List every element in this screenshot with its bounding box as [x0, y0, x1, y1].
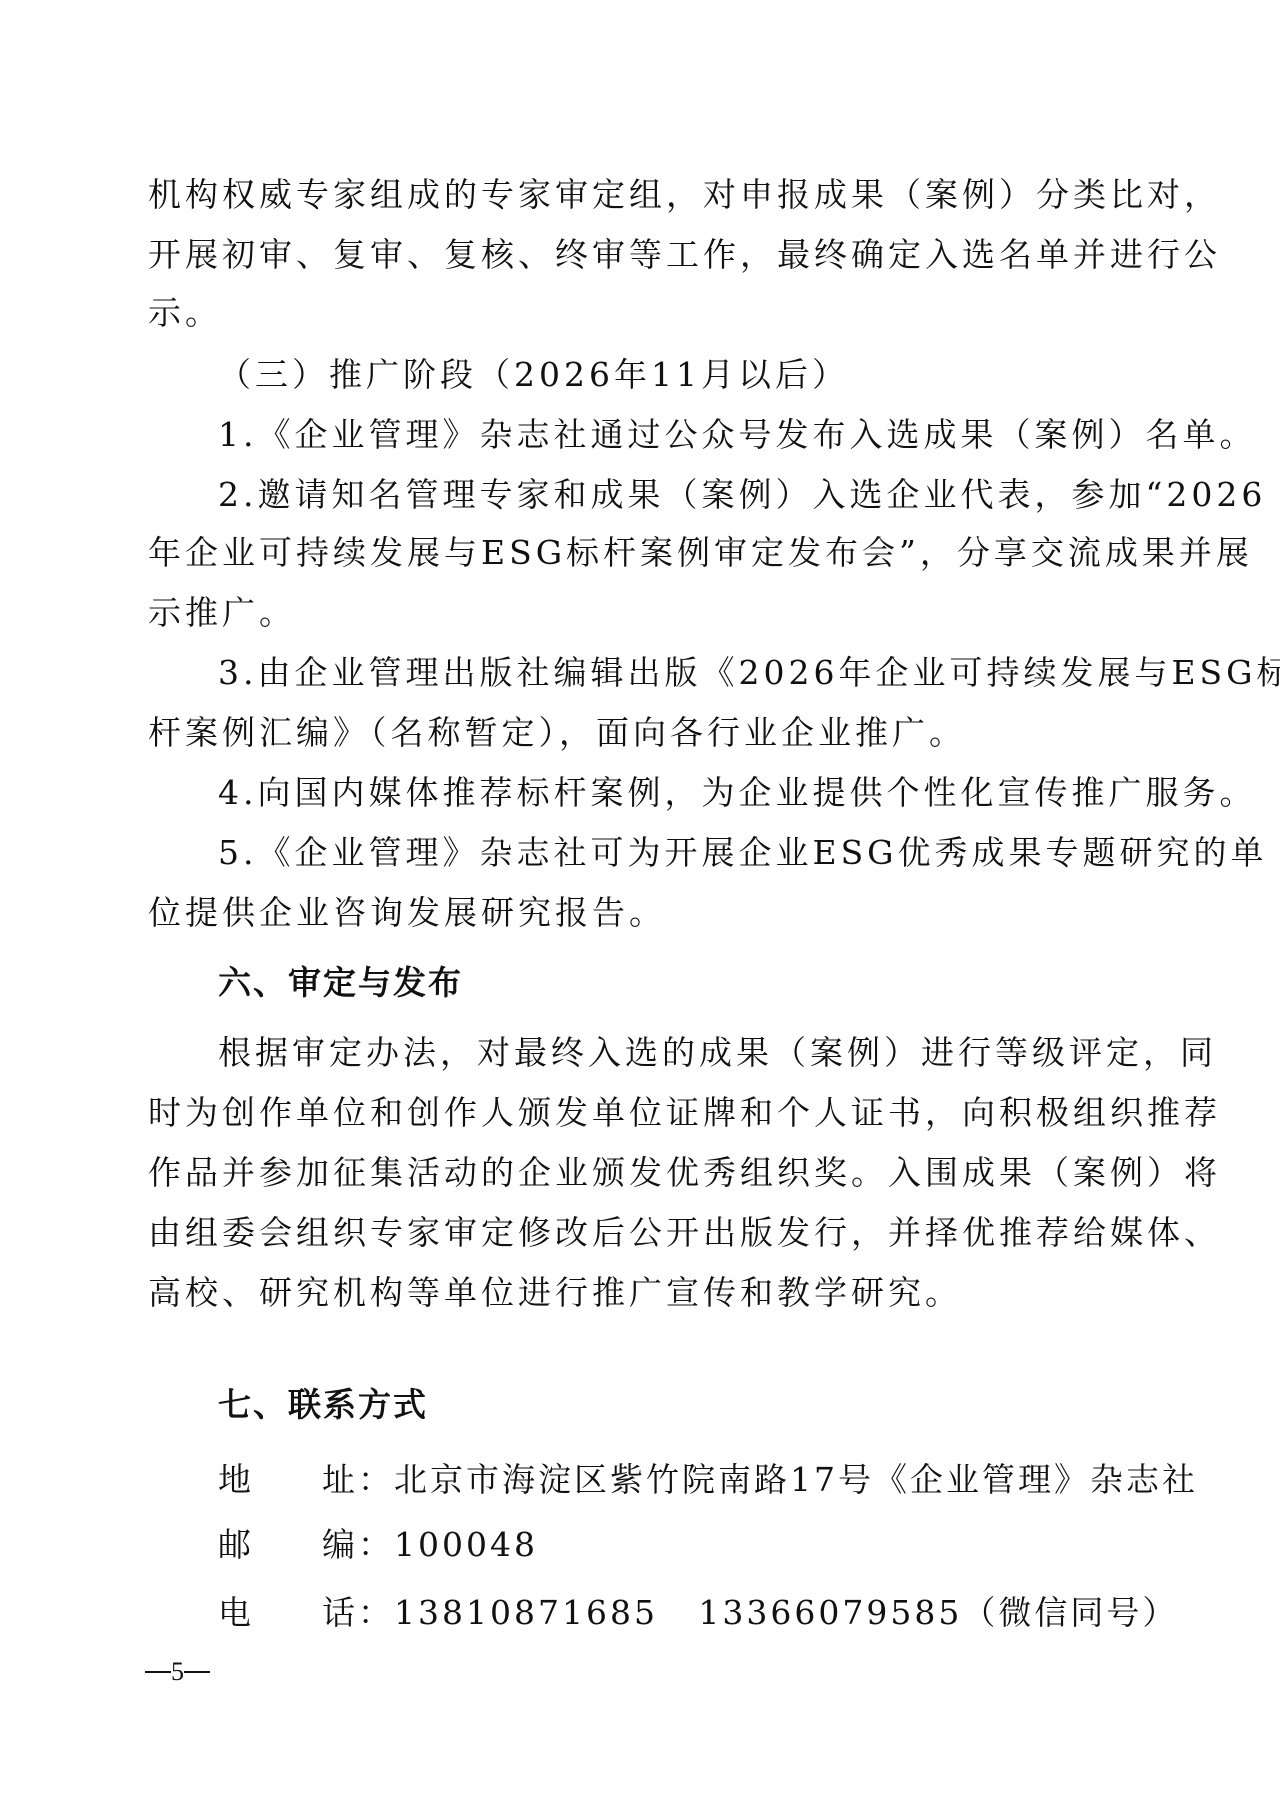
section6-line-5: 高校、研究机构等单位进行推广宣传和教学研究。	[148, 1271, 962, 1315]
contact-address-value: 址：北京市海淀区紫竹院南路17号《企业管理》杂志社	[322, 1458, 1198, 1502]
stage3-item-3-line-2: 杆案例汇编》（名称暂定），面向各行业企业推广。	[148, 711, 966, 755]
intro-line-3: 示。	[148, 291, 222, 335]
dash-left	[145, 1671, 171, 1673]
contact-phone-value: 话：13810871685 13366079585（微信同号）	[322, 1591, 1178, 1635]
page-number-value: 5	[171, 1656, 184, 1688]
intro-line-2: 开展初审、复审、复核、终审等工作，最终确定入选名单并进行公	[148, 233, 1221, 277]
contact-phone-label: 电	[218, 1591, 251, 1635]
document-page: 机构权威专家组成的专家审定组，对申报成果（案例）分类比对， 开展初审、复审、复核…	[0, 0, 1280, 1810]
intro-line-1: 机构权威专家组成的专家审定组，对申报成果（案例）分类比对，	[148, 173, 1221, 217]
stage3-item-2-line-2: 年企业可持续发展与ESG标杆案例审定发布会”，分享交流成果并展	[148, 531, 1253, 575]
contact-postcode-value: 编：100048	[322, 1523, 538, 1567]
dash-right	[184, 1671, 210, 1673]
contact-address-label: 地	[218, 1458, 251, 1502]
stage3-item-2-line-3: 示推广。	[148, 591, 296, 635]
page-number: 5	[145, 1656, 210, 1688]
stage3-title: （三）推广阶段（2026年11月以后）	[218, 353, 849, 397]
section6-heading: 六、审定与发布	[218, 961, 463, 1005]
stage3-item-2-line-1: 2.邀请知名管理专家和成果（案例）入选企业代表，参加“2026	[218, 473, 1266, 517]
stage3-item-5-line-1: 5.《企业管理》杂志社可为开展企业ESG优秀成果专题研究的单	[218, 831, 1268, 875]
stage3-item-4: 4.向国内媒体推荐标杆案例，为企业提供个性化宣传推广服务。	[218, 771, 1257, 815]
section6-line-2: 时为创作单位和创作人颁发单位证牌和个人证书，向积极组织推荐	[148, 1091, 1221, 1135]
section6-line-4: 由组委会组织专家审定修改后公开出版发行，并择优推荐给媒体、	[148, 1211, 1221, 1255]
stage3-item-1: 1.《企业管理》杂志社通过公众号发布入选成果（案例）名单。	[218, 413, 1257, 457]
section6-line-1: 根据审定办法，对最终入选的成果（案例）进行等级评定，同	[218, 1031, 1217, 1075]
section7-heading: 七、联系方式	[218, 1383, 428, 1427]
stage3-item-3-line-1: 3.由企业管理出版社编辑出版《2026年企业可持续发展与ESG标	[218, 651, 1280, 695]
contact-postcode-label: 邮	[218, 1523, 251, 1567]
section6-line-3: 作品并参加征集活动的企业颁发优秀组织奖。入围成果（案例）将	[148, 1151, 1221, 1195]
stage3-item-5-line-2: 位提供企业咨询发展研究报告。	[148, 891, 666, 935]
